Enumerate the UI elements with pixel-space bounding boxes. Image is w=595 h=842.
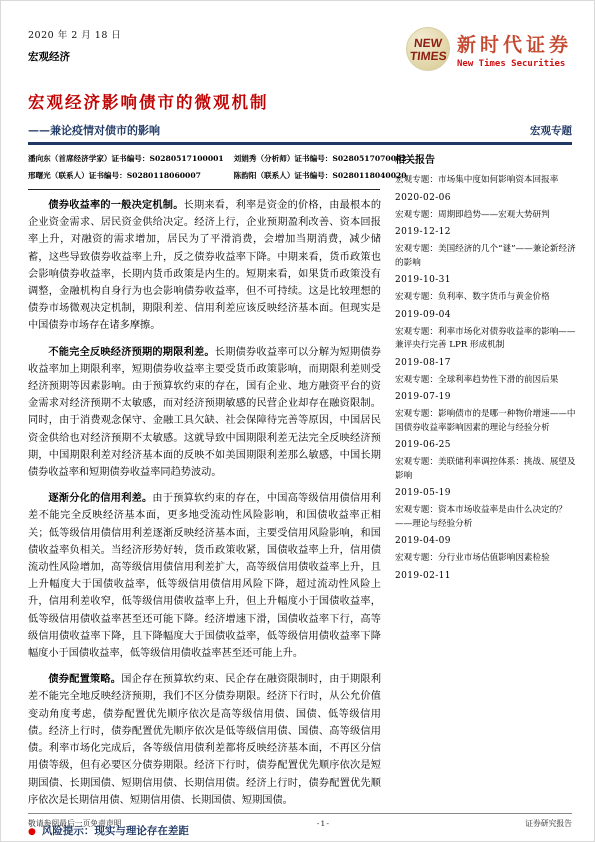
- related-report-title: 宏观专题：全球利率趋势性下滑的前因后果: [395, 374, 577, 388]
- related-report-date: 2019-04-09: [395, 536, 577, 546]
- new-times-badge-icon: NEW TIMES: [406, 27, 450, 71]
- related-report-date: 2019-10-31: [395, 275, 577, 285]
- paragraph-lead: 债券收益率的一般决定机制。: [48, 199, 183, 211]
- paragraph-text: 国企存在预算软约束、民企存在融资限制时，由于期限利差不能完全地反映经济预期，我们…: [28, 674, 381, 805]
- related-report-title: 宏观专题：周期即趋势——宏观大势研判: [395, 209, 577, 223]
- related-reports-sidebar: 相关报告 宏观专题：市场集中度如何影响资本回报率 2020-02-06 宏观专题…: [395, 151, 577, 587]
- report-date: 2020 年 2 月 18 日: [28, 27, 121, 41]
- related-report-item: 宏观专题：影响债市的是哪一种物价增速——中国债券收益率影响因素的理论与经验分析 …: [395, 408, 577, 450]
- related-report-item: 宏观专题：分行业市场估值影响因素检验 2019-02-11: [395, 552, 577, 581]
- paragraph-lead: 逐渐分化的信用利差。: [48, 492, 152, 504]
- related-report-item: 宏观专题：利率市场化对债券收益率的影响——兼评央行完善 LPR 形成机制 201…: [395, 326, 577, 368]
- header-left: 2020 年 2 月 18 日 宏观经济: [28, 27, 121, 64]
- subtitle-row: ——兼论疫情对债市的影响 宏观专题: [28, 122, 572, 138]
- page-title: 宏观经济影响债市的微观机制: [28, 89, 269, 113]
- related-report-title: 宏观专题：资本市场收益率是由什么决定的？——理论与经验分析: [395, 504, 577, 531]
- related-reports-heading: 相关报告: [395, 151, 577, 166]
- body-paragraph: 逐渐分化的信用利差。由于预算软约束的存在，中国高等级信用债信用利差不能完全反映经…: [28, 490, 381, 662]
- company-logo: NEW TIMES 新时代证券 New Times Securities: [406, 27, 572, 71]
- analyst-entry: 邢曙光（联系人）证书编号：S0280118060007: [28, 170, 224, 181]
- related-report-title: 宏观专题：分行业市场估值影响因素检验: [395, 552, 577, 566]
- related-report-date: 2020-02-06: [395, 193, 577, 203]
- related-report-title: 宏观专题：影响债市的是哪一种物价增速——中国债券收益率影响因素的理论与经验分析: [395, 408, 577, 435]
- analyst-entry: 刘娟秀（分析师）证书编号：S0280517070002: [234, 153, 407, 164]
- related-report-title: 宏观专题：负利率、数字货币与黄金价格: [395, 291, 577, 305]
- page-footer: 敬请参阅最后一页免责声明 -1- 证券研究报告: [28, 813, 572, 829]
- related-report-item: 宏观专题：市场集中度如何影响资本回报率 2020-02-06: [395, 174, 577, 203]
- badge-text-new: NEW: [413, 37, 442, 49]
- company-name-cn: 新时代证券: [457, 30, 572, 57]
- analyst-entry: 陈韵阳（联系人）证书编号：S0280118040020: [234, 170, 407, 181]
- paragraph-text: 长期来看，利率是资金的价格，由最根本的企业资金需求、居民资金供给决定。经济上行，…: [28, 200, 381, 331]
- page-number: -1-: [317, 819, 330, 828]
- related-report-item: 宏观专题：负利率、数字货币与黄金价格 2019-09-04: [395, 291, 577, 320]
- related-report-item: 宏观专题：资本市场收益率是由什么决定的？——理论与经验分析 2019-04-09: [395, 504, 577, 546]
- footer-disclaimer: 敬请参阅最后一页免责声明: [28, 818, 122, 829]
- related-report-item: 宏观专题：全球利率趋势性下滑的前因后果 2019-07-19: [395, 374, 577, 403]
- paragraph-text: 由于预算软约束的存在，中国高等级信用债信用利差不能完全反映经济基本面，更多地受流…: [28, 493, 381, 659]
- report-category: 宏观经济: [28, 49, 121, 64]
- related-report-item: 宏观专题：美国经济的几个“谜”——兼论新经济的影响 2019-10-31: [395, 243, 577, 285]
- analyst-block: 潘向东（首席经济学家）证书编号：S0280517100001 刘娟秀（分析师）证…: [28, 153, 380, 190]
- related-report-date: 2019-05-19: [395, 488, 577, 498]
- related-report-date: 2019-02-11: [395, 571, 577, 581]
- analyst-entry: 潘向东（首席经济学家）证书编号：S0280517100001: [28, 153, 224, 164]
- body-paragraph: 不能完全反映经济预期的期限利差。长期债券收益率可以分解为短期债券收益率加上期限利…: [28, 344, 381, 482]
- related-report-item: 宏观专题：周期即趋势——宏观大势研判 2019-12-12: [395, 209, 577, 238]
- paragraph-text: 长期债券收益率可以分解为短期债券收益率加上期限利率，短期债券收益率主要受货币政策…: [28, 347, 381, 478]
- related-report-title: 宏观专题：美国经济的几个“谜”——兼论新经济的影响: [395, 243, 577, 270]
- badge-text-times: TIMES: [409, 50, 447, 62]
- paragraph-lead: 不能完全反映经济预期的期限利差。: [48, 346, 214, 358]
- body-paragraph: 债券配置策略。国企存在预算软约束、民企存在融资限制时，由于期限利差不能完全地反映…: [28, 671, 381, 809]
- abstract-body: 债券收益率的一般决定机制。长期来看，利率是资金的价格，由最根本的企业资金需求、居…: [28, 197, 381, 838]
- related-report-title: 宏观专题：美联储利率调控体系：挑战、展望及影响: [395, 456, 577, 483]
- related-report-title: 宏观专题：市场集中度如何影响资本回报率: [395, 174, 577, 188]
- related-report-date: 2019-08-17: [395, 358, 577, 368]
- related-report-date: 2019-09-04: [395, 310, 577, 320]
- related-report-date: 2019-12-12: [395, 227, 577, 237]
- report-type-label: 宏观专题: [530, 123, 572, 138]
- company-name-en: New Times Securities: [457, 59, 572, 69]
- related-report-title: 宏观专题：利率市场化对债券收益率的影响——兼评央行完善 LPR 形成机制: [395, 326, 577, 353]
- related-report-date: 2019-06-25: [395, 440, 577, 450]
- related-report-date: 2019-07-19: [395, 392, 577, 402]
- header-rule: [28, 142, 572, 145]
- footer-report-type: 证券研究报告: [525, 818, 572, 829]
- related-report-item: 宏观专题：美联储利率调控体系：挑战、展望及影响 2019-05-19: [395, 456, 577, 498]
- logo-names: 新时代证券 New Times Securities: [457, 30, 572, 69]
- report-page: 2020 年 2 月 18 日 宏观经济 NEW TIMES 新时代证券 New…: [0, 0, 595, 842]
- body-paragraph: 债券收益率的一般决定机制。长期来看，利率是资金的价格，由最根本的企业资金需求、居…: [28, 197, 381, 335]
- report-subtitle: ——兼论疫情对债市的影响: [28, 122, 160, 138]
- paragraph-lead: 债券配置策略。: [48, 673, 121, 685]
